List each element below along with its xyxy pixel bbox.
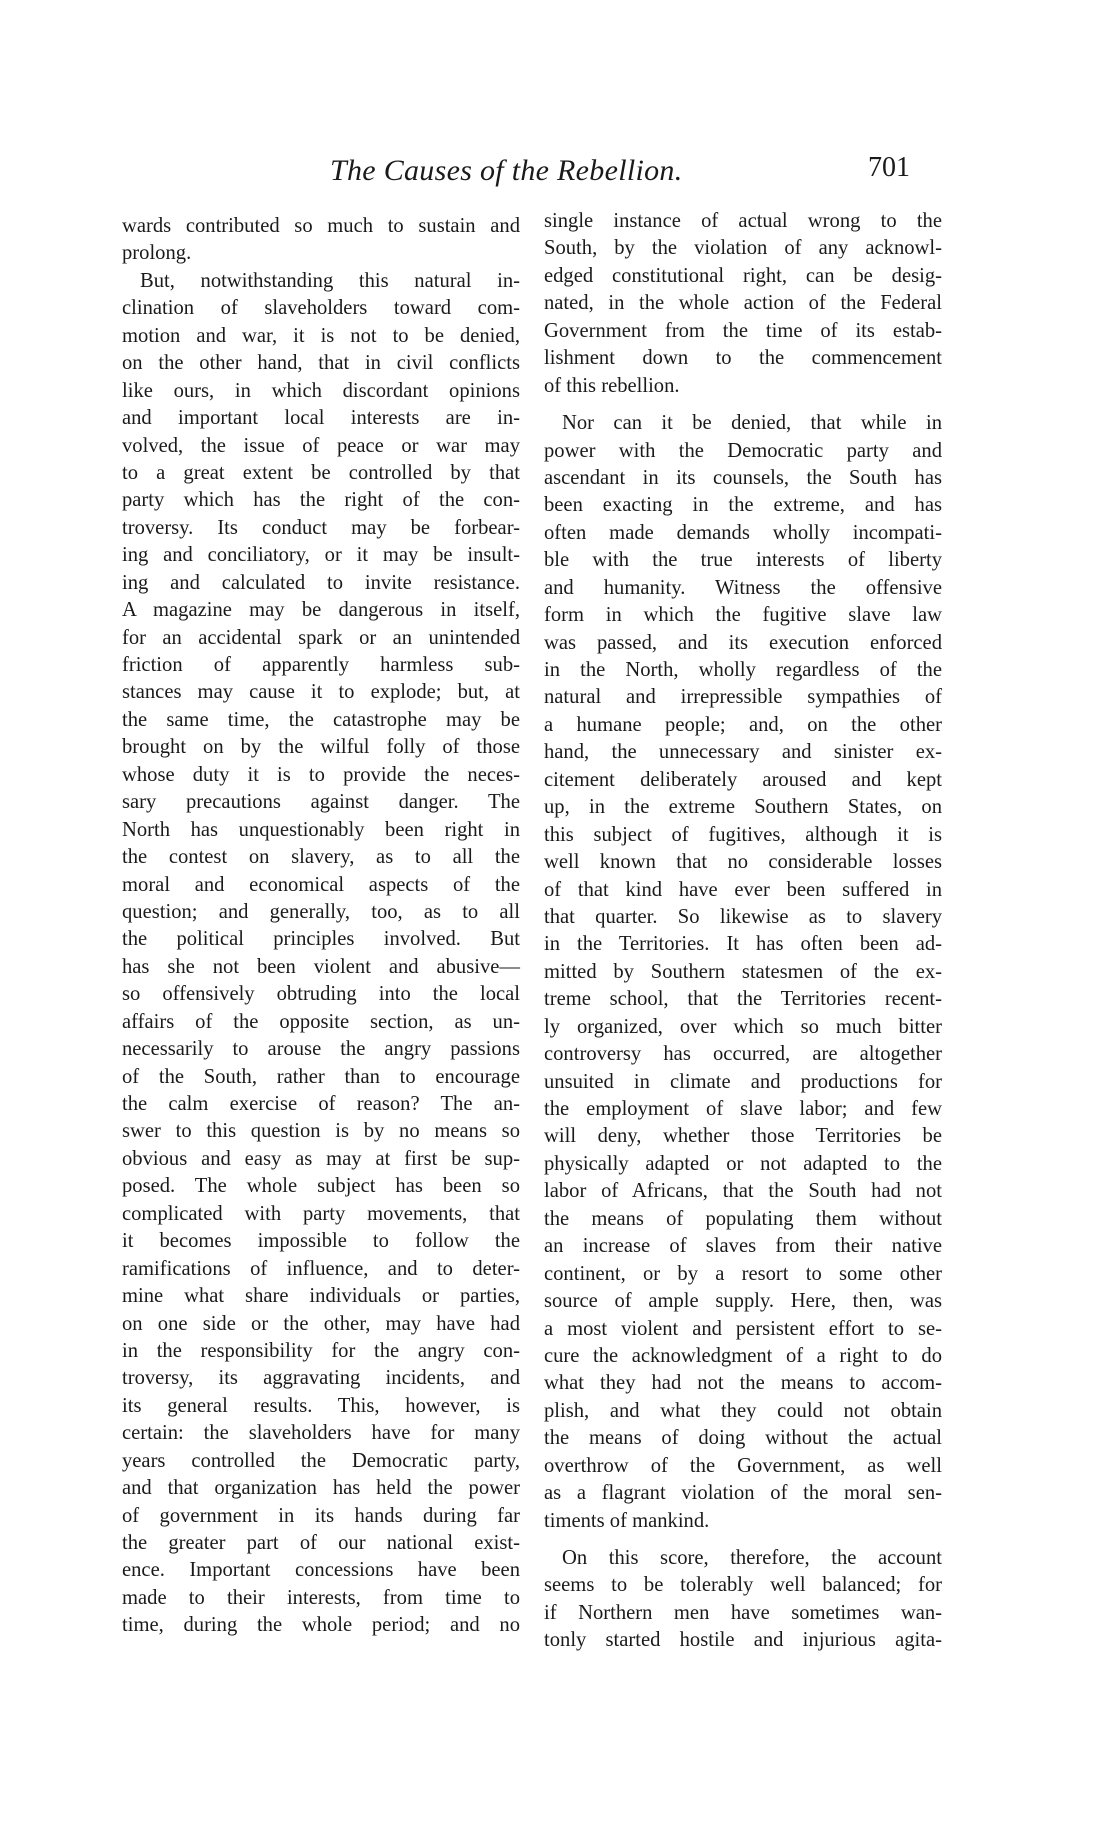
text-line: A magazine may be dangerous in itself,	[122, 597, 520, 624]
text-line: But, notwithstanding this natural in-	[122, 268, 520, 295]
text-line: seems to be tolerably well balanced; for	[544, 1572, 942, 1599]
text-line: edged constitutional right, can be desig…	[544, 263, 942, 290]
text-line: unsuited in climate and productions for	[544, 1069, 942, 1096]
text-line: brought on by the wilful folly of those	[122, 734, 520, 761]
text-line: troversy. Its conduct may be forbear-	[122, 515, 520, 542]
running-head: The Causes of the Rebellion. 701	[330, 154, 950, 194]
text-line: and humanity. Witness the offensive	[544, 575, 942, 602]
text-line: form in which the fugitive slave law	[544, 602, 942, 629]
text-line: will deny, whether those Territories be	[544, 1123, 942, 1150]
left-column: wards contributed so much to sustain and…	[122, 213, 520, 1640]
text-line: a most violent and persistent effort to …	[544, 1316, 942, 1343]
text-line: if Northern men have sometimes wan-	[544, 1600, 942, 1627]
text-line: friction of apparently harmless sub-	[122, 652, 520, 679]
text-line: as a flagrant violation of the moral sen…	[544, 1480, 942, 1507]
text-line: of this rebellion.	[544, 373, 942, 400]
text-line: labor of Africans, that the South had no…	[544, 1178, 942, 1205]
text-line: On this score, therefore, the account	[544, 1545, 942, 1572]
text-line: been exacting in the extreme, and has	[544, 492, 942, 519]
text-line: the contest on slavery, as to all the	[122, 844, 520, 871]
text-line: necessarily to arouse the angry passions	[122, 1036, 520, 1063]
text-line: the means of doing without the actual	[544, 1425, 942, 1452]
text-line: ascendant in its counsels, the South has	[544, 465, 942, 492]
text-line: like ours, in which discordant opinions	[122, 378, 520, 405]
text-line: posed. The whole subject has been so	[122, 1173, 520, 1200]
text-line: prolong.	[122, 240, 520, 267]
paragraph-gap	[544, 1535, 942, 1545]
text-line: the greater part of our national exist-	[122, 1530, 520, 1557]
paragraph: On this score, therefore, the accountsee…	[544, 1545, 942, 1655]
text-line: Government from the time of its estab-	[544, 318, 942, 345]
text-line: controversy has occurred, are altogether	[544, 1041, 942, 1068]
text-line: an increase of slaves from their native	[544, 1233, 942, 1260]
text-line: hand, the unnecessary and sinister ex-	[544, 739, 942, 766]
text-line: it becomes impossible to follow the	[122, 1228, 520, 1255]
text-line: mitted by Southern statesmen of the ex-	[544, 959, 942, 986]
text-line: swer to this question is by no means so	[122, 1118, 520, 1145]
text-line: in the North, wholly regardless of the	[544, 657, 942, 684]
text-line: cure the acknowledgment of a right to do	[544, 1343, 942, 1370]
text-line: North has unquestionably been right in	[122, 817, 520, 844]
text-line: continent, or by a resort to some other	[544, 1261, 942, 1288]
text-line: the political principles involved. But	[122, 926, 520, 953]
text-line: Nor can it be denied, that while in	[544, 410, 942, 437]
text-line: tonly started hostile and injurious agit…	[544, 1627, 942, 1654]
text-line: affairs of the opposite section, as un-	[122, 1009, 520, 1036]
text-line: power with the Democratic party and	[544, 438, 942, 465]
text-line: ramifications of influence, and to deter…	[122, 1256, 520, 1283]
text-line: overthrow of the Government, as well	[544, 1453, 942, 1480]
text-line: sary precautions against danger. The	[122, 789, 520, 816]
text-line: in the Territories. It has often been ad…	[544, 931, 942, 958]
text-line: has she not been violent and abusive—	[122, 954, 520, 981]
paragraph: Nor can it be denied, that while inpower…	[544, 410, 942, 1535]
text-line: made to their interests, from time to	[122, 1585, 520, 1612]
text-line: a humane people; and, on the other	[544, 712, 942, 739]
paragraph: single instance of actual wrong to theSo…	[544, 208, 942, 400]
text-line: motion and war, it is not to be denied,	[122, 323, 520, 350]
text-line: question; and generally, too, as to all	[122, 899, 520, 926]
text-line: so offensively obtruding into the local	[122, 981, 520, 1008]
text-line: well known that no considerable losses	[544, 849, 942, 876]
text-line: to a great extent be controlled by that	[122, 460, 520, 487]
text-line: its general results. This, however, is	[122, 1393, 520, 1420]
text-line: complicated with party movements, that	[122, 1201, 520, 1228]
text-line: of government in its hands during far	[122, 1503, 520, 1530]
text-line: of the South, rather than to encourage	[122, 1064, 520, 1091]
text-line: whose duty it is to provide the neces-	[122, 762, 520, 789]
text-line: this subject of fugitives, although it i…	[544, 822, 942, 849]
text-line: the employment of slave labor; and few	[544, 1096, 942, 1123]
text-line: volved, the issue of peace or war may	[122, 433, 520, 460]
text-line: what they had not the means to accom-	[544, 1370, 942, 1397]
text-line: physically adapted or not adapted to the	[544, 1151, 942, 1178]
text-line: clination of slaveholders toward com-	[122, 295, 520, 322]
text-line: ing and calculated to invite resistance.	[122, 570, 520, 597]
text-line: plish, and what they could not obtain	[544, 1398, 942, 1425]
text-line: natural and irrepressible sympathies of	[544, 684, 942, 711]
text-line: on one side or the other, may have had	[122, 1311, 520, 1338]
text-line: ly organized, over which so much bitter	[544, 1014, 942, 1041]
text-line: time, during the whole period; and no	[122, 1612, 520, 1639]
text-line: moral and economical aspects of the	[122, 872, 520, 899]
text-line: wards contributed so much to sustain and	[122, 213, 520, 240]
text-line: obvious and easy as may at first be sup-	[122, 1146, 520, 1173]
text-line: up, in the extreme Southern States, on	[544, 794, 942, 821]
text-line: South, by the violation of any acknowl-	[544, 235, 942, 262]
text-line: the calm exercise of reason? The an-	[122, 1091, 520, 1118]
text-line: mine what share individuals or parties,	[122, 1283, 520, 1310]
text-line: the means of populating them without	[544, 1206, 942, 1233]
text-line: was passed, and its execution enforced	[544, 630, 942, 657]
page-number: 701	[868, 152, 910, 184]
text-line: on the other hand, that in civil conflic…	[122, 350, 520, 377]
text-line: ence. Important concessions have been	[122, 1557, 520, 1584]
text-line: stances may cause it to explode; but, at	[122, 679, 520, 706]
text-line: troversy, its aggravating incidents, and	[122, 1365, 520, 1392]
text-line: in the responsibility for the angry con-	[122, 1338, 520, 1365]
paragraph-gap	[544, 400, 942, 410]
running-title: The Causes of the Rebellion.	[330, 154, 683, 188]
text-line: often made demands wholly incompati-	[544, 520, 942, 547]
text-line: and that organization has held the power	[122, 1475, 520, 1502]
text-line: lishment down to the commencement	[544, 345, 942, 372]
text-line: treme school, that the Territories recen…	[544, 986, 942, 1013]
text-line: of that kind have ever been suffered in	[544, 877, 942, 904]
document-page: The Causes of the Rebellion. 701 wards c…	[0, 0, 1120, 1825]
text-line: for an accidental spark or an unintended	[122, 625, 520, 652]
text-line: ble with the true interests of liberty	[544, 547, 942, 574]
text-line: nated, in the whole action of the Federa…	[544, 290, 942, 317]
text-line: that quarter. So likewise as to slavery	[544, 904, 942, 931]
text-line: party which has the right of the con-	[122, 487, 520, 514]
text-line: certain: the slaveholders have for many	[122, 1420, 520, 1447]
text-line: and important local interests are in-	[122, 405, 520, 432]
text-line: timents of mankind.	[544, 1508, 942, 1535]
text-line: single instance of actual wrong to the	[544, 208, 942, 235]
text-line: source of ample supply. Here, then, was	[544, 1288, 942, 1315]
text-line: years controlled the Democratic party,	[122, 1448, 520, 1475]
text-line: the same time, the catastrophe may be	[122, 707, 520, 734]
text-line: ing and conciliatory, or it may be insul…	[122, 542, 520, 569]
text-line: citement deliberately aroused and kept	[544, 767, 942, 794]
right-column: single instance of actual wrong to theSo…	[544, 208, 942, 1655]
